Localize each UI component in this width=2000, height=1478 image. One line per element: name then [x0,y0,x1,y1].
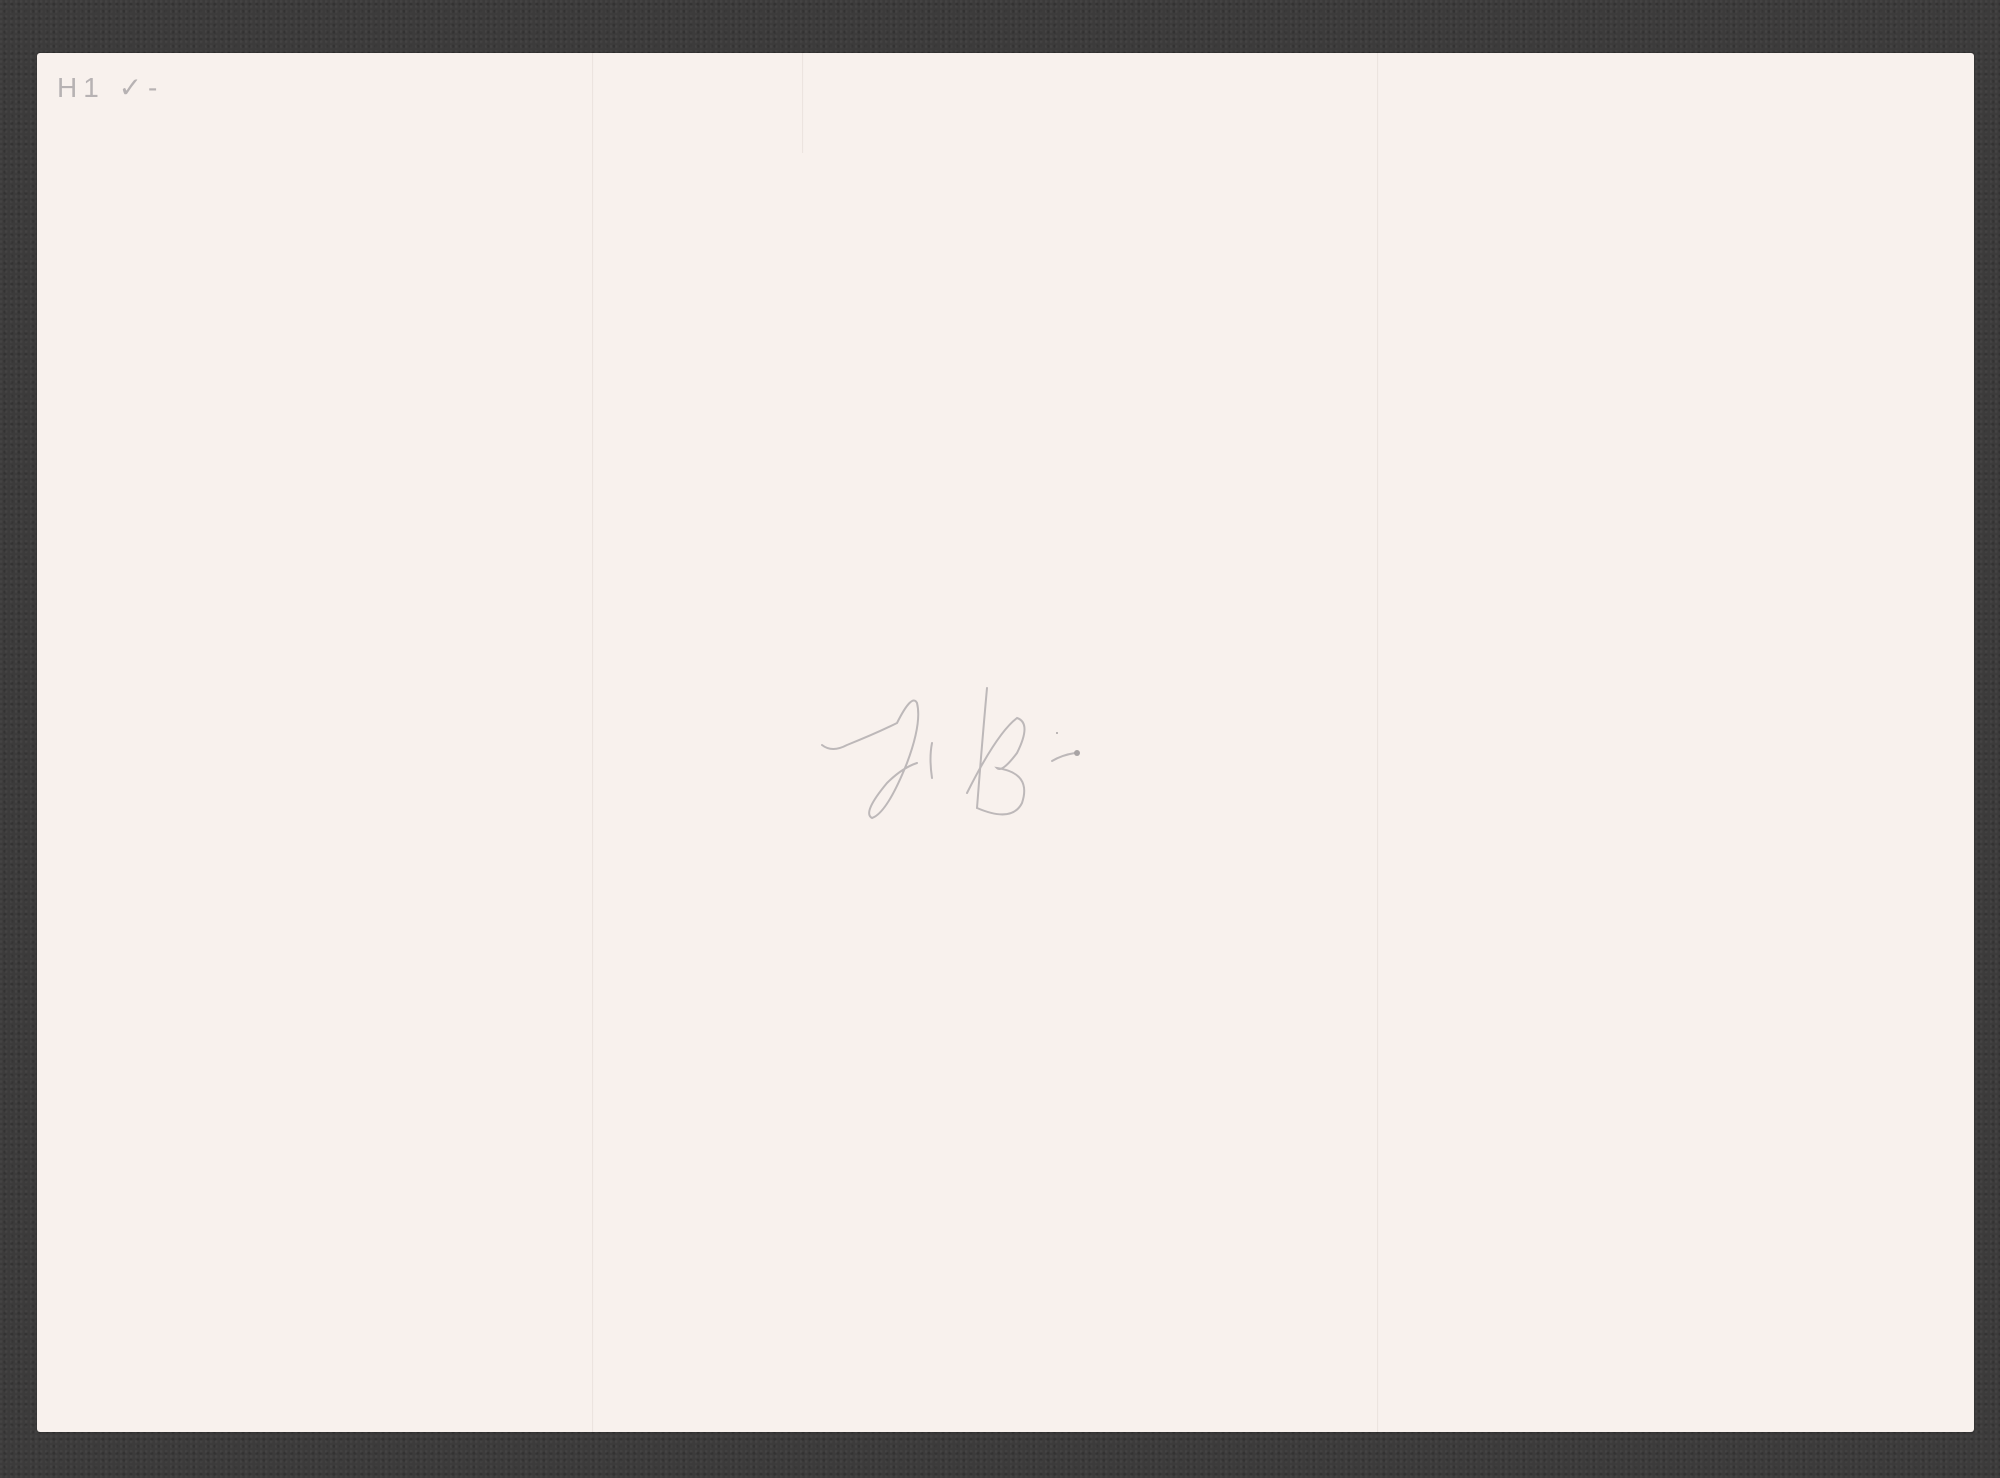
paper-sheet: H1 ✓- J. B. [37,53,1974,1432]
fold-crease-top [802,53,804,153]
pencil-annotation: H1 ✓- [57,71,163,104]
pencil-signature: J. B. [817,683,1137,843]
fold-crease-left [592,53,594,1432]
signature-icon [817,683,1137,843]
fold-crease-right [1377,53,1379,1432]
